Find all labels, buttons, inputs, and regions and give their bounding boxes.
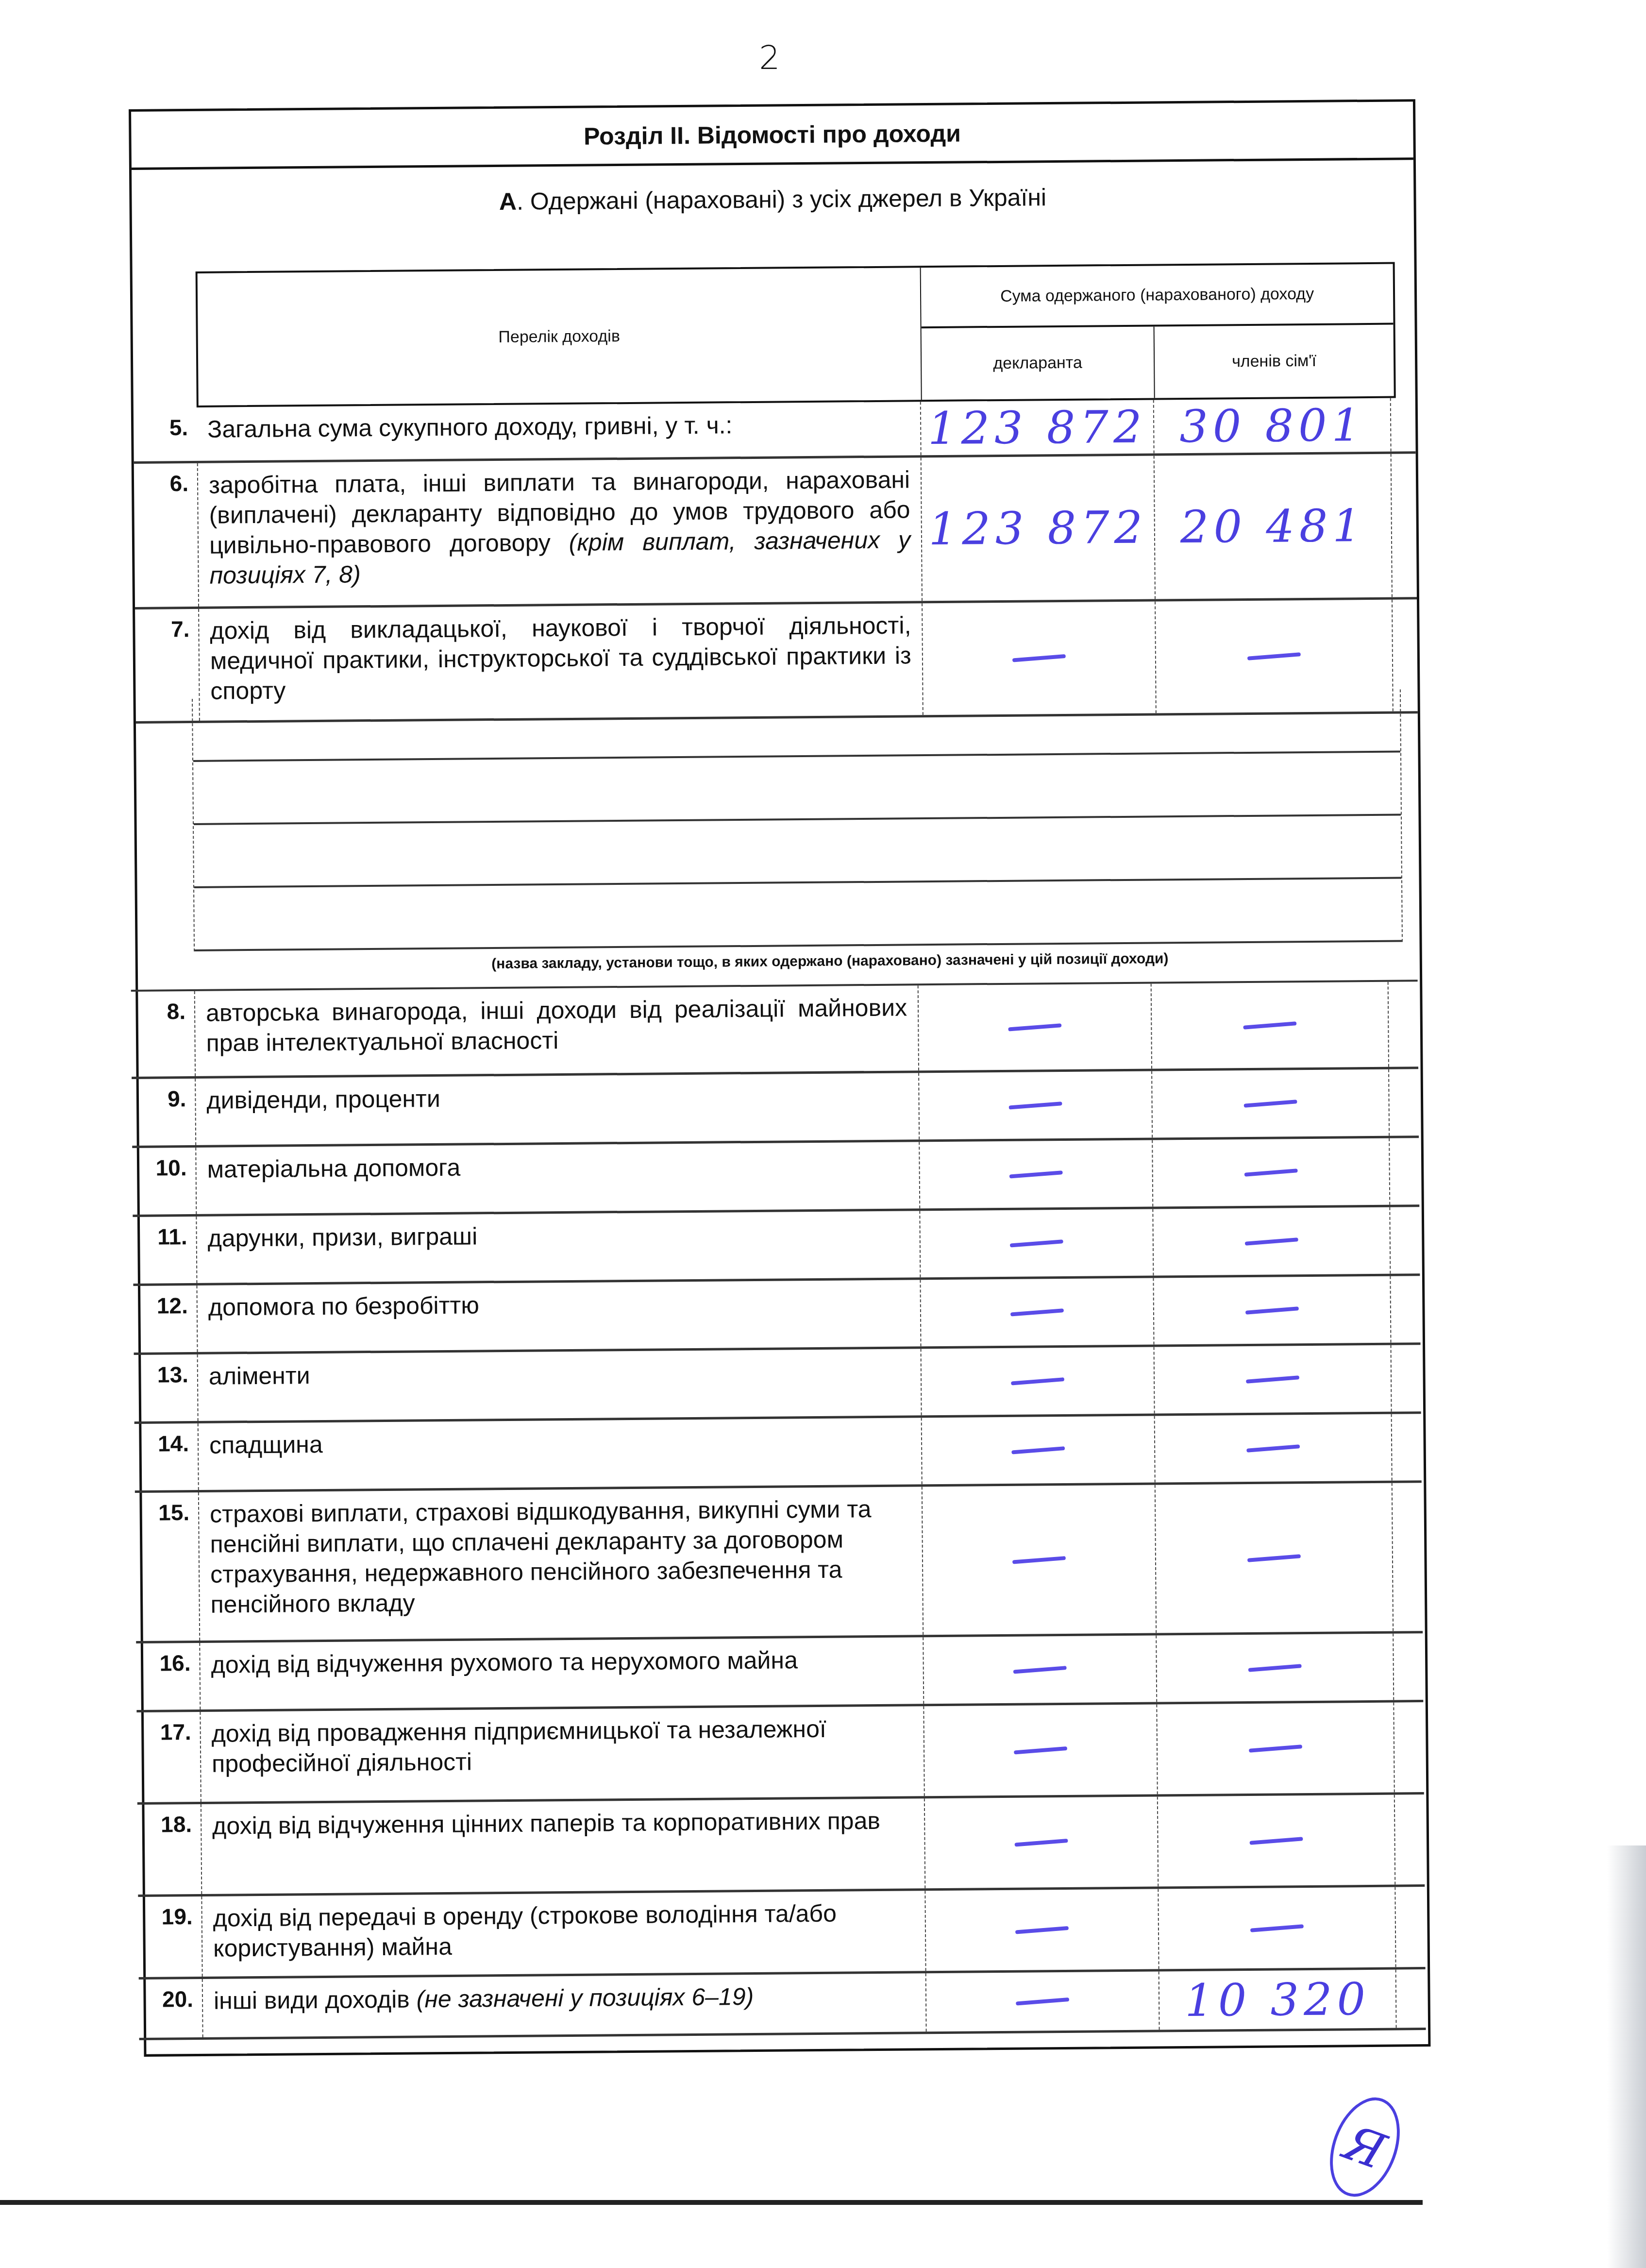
row-label: Загальна сума сукупного доходу, гривні, … (197, 402, 921, 461)
row-number: 18. (137, 1804, 201, 1895)
row-number: 19. (138, 1896, 202, 1977)
row-label: дохід від відчуження цінних паперів та к… (201, 1798, 924, 1894)
row-label: дохід від провадження підприємницької та… (200, 1706, 924, 1802)
institution-block: (назва закладу, установи тощо, в яких од… (129, 689, 1426, 2040)
income-table-continued: 8.авторська винагорода, інші доходи від … (131, 980, 1426, 2040)
table-row: 17.дохід від провадження підприємницької… (136, 1702, 1424, 1805)
row-number: 8. (131, 991, 195, 1077)
table-row: 19.дохід від передачі в оренду (строкове… (138, 1887, 1425, 1980)
page-number: 2 (0, 39, 1539, 77)
row-number: 17. (136, 1712, 200, 1802)
page-bottom-edge (0, 2200, 1423, 2205)
table-row: 10.матеріальна допомога (132, 1138, 1419, 1217)
dash-mark-icon (1009, 1170, 1063, 1179)
declarant-cell[interactable] (924, 1796, 1158, 1888)
family-cell[interactable] (1153, 1276, 1391, 1345)
row-label: страхові виплати, страхові відшкодування… (198, 1487, 923, 1641)
declarant-cell[interactable] (923, 1704, 1157, 1796)
row-number: 5. (134, 407, 197, 461)
row-label: матеріальна допомога (195, 1142, 919, 1214)
dash-mark-icon (1008, 1101, 1062, 1110)
family-cell[interactable] (1154, 1414, 1393, 1483)
dash-mark-icon (1011, 1377, 1064, 1386)
dash-mark-icon (1015, 1926, 1069, 1934)
family-cell[interactable] (1152, 1138, 1390, 1207)
declarant-cell[interactable] (925, 1971, 1159, 2031)
dash-mark-icon (1245, 1237, 1298, 1246)
declarant-cell[interactable]: 123 872 (921, 456, 1155, 601)
row-number: 6. (134, 463, 198, 607)
dash-mark-icon (1249, 1837, 1303, 1845)
institution-lines (192, 689, 1403, 951)
header-family: членів сім'ї (1155, 325, 1394, 398)
table-header: Перелік доходів Сума одержаного (нарахов… (196, 262, 1396, 407)
row-label-note: (не зазначені у позиціях 6–19) (416, 1983, 754, 2013)
table-row: 6. заробітна плата, інші виплати та вина… (134, 454, 1417, 609)
family-cell[interactable] (1158, 1887, 1396, 1969)
declarant-value: 123 872 (928, 502, 1147, 556)
scan-edge-shadow (1607, 1845, 1646, 2268)
declarant-cell[interactable] (923, 1635, 1156, 1704)
institution-line[interactable] (193, 752, 1401, 825)
header-income-sum: Сума одержаного (нарахованого) доходу (921, 264, 1394, 329)
dash-mark-icon (1243, 1100, 1297, 1108)
row-number: 16. (136, 1643, 200, 1710)
declarant-cell[interactable] (918, 1071, 1152, 1139)
row-number: 13. (134, 1354, 198, 1422)
table-row: 13.аліменти (134, 1345, 1421, 1424)
dash-mark-icon (1008, 1023, 1061, 1032)
row-label: дохід від передачі в оренду (строкове во… (201, 1891, 925, 1977)
declarant-cell[interactable]: 123 872 (920, 400, 1154, 455)
declarant-cell[interactable] (918, 983, 1151, 1070)
table-row: 12.допомога по безробіттю (133, 1276, 1420, 1355)
dash-mark-icon (1244, 1168, 1298, 1177)
dash-mark-icon (1248, 1664, 1302, 1672)
row-number: 15. (135, 1492, 199, 1641)
row-number: 20. (139, 1979, 202, 2038)
dash-mark-icon (1010, 1239, 1063, 1248)
dash-mark-icon (1249, 1744, 1302, 1753)
family-cell[interactable]: 30 801 (1153, 398, 1392, 454)
row-number: 11. (133, 1217, 196, 1284)
family-cell[interactable] (1151, 982, 1389, 1069)
table-row: 16.дохід від відчуження рухомого та неру… (136, 1633, 1423, 1712)
dash-mark-icon (1245, 1306, 1299, 1315)
dash-mark-icon (1011, 1446, 1065, 1455)
dash-mark-icon (1246, 1375, 1299, 1384)
family-cell[interactable] (1154, 1345, 1392, 1414)
table-row: 14.спадщина (134, 1414, 1422, 1493)
declarant-cell[interactable] (924, 1889, 1158, 1971)
dash-mark-icon (1010, 1308, 1064, 1317)
row-label: допомога по безробіттю (196, 1280, 920, 1352)
dash-mark-icon (1013, 1666, 1067, 1674)
row-label: дарунки, призи, виграші (196, 1211, 920, 1283)
section-title: Розділ ІІ. Відомості про доходи (131, 102, 1413, 170)
declarant-value: 123 872 (928, 401, 1147, 455)
family-cell[interactable] (1156, 1703, 1394, 1794)
handwritten-initials: Я (1317, 2088, 1413, 2206)
row-label-text: інші види доходів (214, 1986, 410, 2014)
row-number: 9. (132, 1079, 195, 1146)
dash-mark-icon (1014, 1839, 1068, 1847)
family-cell[interactable] (1156, 1634, 1394, 1702)
header-income-list: Перелік доходів (198, 268, 922, 406)
row-number: 12. (133, 1286, 197, 1353)
subsection-title: А. Одержані (нараховані) з усіх джерел в… (132, 160, 1414, 219)
row-label: спадщина (198, 1418, 922, 1490)
family-value: 30 801 (1179, 399, 1365, 453)
row-label: інші види доходів (не зазначені у позиці… (202, 1973, 926, 2037)
table-row: 11.дарунки, призи, виграші (133, 1207, 1420, 1286)
dash-mark-icon (1247, 652, 1301, 660)
declarant-cell[interactable] (919, 1209, 1153, 1277)
family-value: 20 481 (1180, 500, 1366, 553)
dash-mark-icon (1012, 1556, 1066, 1564)
dash-mark-icon (1246, 1444, 1300, 1453)
row-label: заробітна плата, інші виплати та винагор… (197, 457, 922, 607)
declarant-cell[interactable] (922, 1485, 1156, 1635)
subsection-letter: А (499, 187, 517, 216)
family-cell[interactable]: 20 481 (1154, 454, 1393, 599)
table-row: 20.інші види доходів (не зазначені у поз… (139, 1969, 1426, 2040)
row-label: аліменти (197, 1349, 921, 1421)
family-value: 10 320 (1185, 1973, 1371, 2027)
declarant-cell[interactable] (921, 1347, 1154, 1415)
dash-mark-icon (1250, 1924, 1304, 1932)
declarant-cell[interactable] (921, 1416, 1155, 1484)
institution-line[interactable] (194, 879, 1402, 951)
family-cell[interactable] (1151, 1069, 1390, 1138)
family-cell[interactable] (1157, 1795, 1395, 1887)
header-declarant: декларанта (922, 326, 1155, 400)
dash-mark-icon (1247, 1554, 1301, 1562)
dash-mark-icon (1012, 654, 1066, 662)
row-label: дохід від відчуження рухомого та нерухом… (199, 1637, 923, 1709)
row-label: авторська винагорода, інші доходи від ре… (194, 985, 918, 1076)
dash-mark-icon (1016, 1997, 1069, 2006)
row-label: дивіденди, проценти (195, 1073, 919, 1145)
family-cell[interactable] (1155, 1483, 1394, 1633)
dash-mark-icon (1243, 1021, 1296, 1030)
declarant-cell[interactable] (920, 1278, 1153, 1346)
table-row: 9.дивіденди, проценти (132, 1069, 1419, 1148)
subsection-text: . Одержані (нараховані) з усіх джерел в … (517, 183, 1046, 216)
table-row: 15.страхові виплати, страхові відшкодува… (135, 1483, 1423, 1643)
family-cell[interactable]: 10 320 (1159, 1970, 1397, 2030)
declarant-cell[interactable] (919, 1140, 1152, 1208)
income-table: 5. Загальна сума сукупного доходу, гривн… (134, 398, 1418, 724)
row-number: 10. (132, 1148, 196, 1215)
row-number: 14. (134, 1423, 198, 1490)
family-cell[interactable] (1152, 1207, 1391, 1276)
dash-mark-icon (1014, 1746, 1067, 1755)
table-row: 18.дохід від відчуження цінних паперів т… (137, 1794, 1425, 1897)
institution-line[interactable] (194, 815, 1401, 888)
table-row: 5. Загальна сума сукупного доходу, гривн… (134, 398, 1416, 464)
table-row: 8.авторська винагорода, інші доходи від … (131, 982, 1418, 1079)
institution-line[interactable] (193, 689, 1400, 762)
